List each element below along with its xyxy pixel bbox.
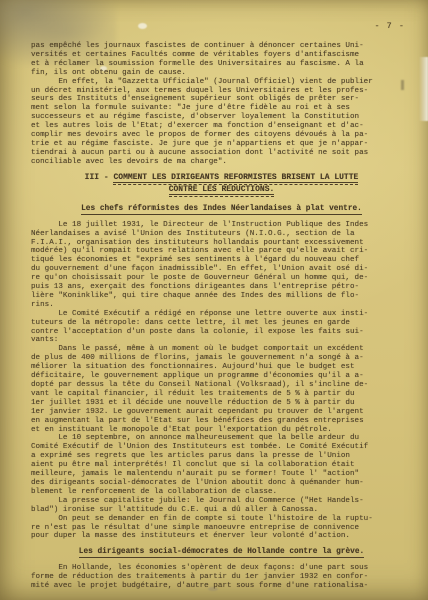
subsection-title-indes: Les chefs réformistes des Indes Néerland…: [81, 205, 362, 215]
page-number: - 7 -: [374, 21, 405, 31]
document-body: pas empêché les journaux fascistes de co…: [31, 42, 412, 591]
subsection-heading-indes: Les chefs réformistes des Indes Néerland…: [31, 203, 412, 215]
section-title-part1: COMMENT LES DIRIGEANTS REFORMISTES BRISE…: [113, 173, 358, 184]
paragraph-hollande: En Hollande, les économies s'opèrent de …: [31, 564, 412, 591]
paragraph-budget: Dans le passé, même à un moment où le bu…: [31, 345, 412, 434]
subsection-title-hollande: Les dirigeants social-démocrates de Holl…: [79, 548, 364, 558]
paragraph-decree-oath: En effet, la "Gazzetta Ufficiale" (Journ…: [31, 78, 412, 167]
section-number: III -: [85, 173, 114, 182]
paragraph-septembre: Le 10 septembre, on annonce malheureusem…: [31, 434, 412, 496]
paragraph-continuation: pas empêché les journaux fascistes de co…: [31, 42, 412, 78]
paragraph-presse: La presse capitaliste jubile: le Journal…: [31, 497, 412, 515]
scan-edge-highlight: [419, 57, 428, 121]
subsection-heading-hollande: Les dirigeants social-démocrates de Holl…: [31, 546, 412, 558]
paragraph-indes: Le 18 juillet 1931, le Directeur de l'In…: [31, 221, 412, 310]
section-title-part2: CONTRE LES REDUCTIONS.: [169, 185, 275, 196]
paragraph-rupture: On peut se demander en fin de compte si …: [31, 515, 412, 542]
paper-speck: [138, 23, 147, 29]
section-heading-line2: CONTRE LES REDUCTIONS.: [31, 184, 412, 196]
scanned-document-page: - 7 - pas empêché les journaux fascistes…: [0, 0, 428, 600]
paragraph-comite: Le Comité Exécutif a rédigé en réponse u…: [31, 310, 412, 346]
section-heading-line1: III - COMMENT LES DIRIGEANTS REFORMISTES…: [31, 172, 412, 184]
section-heading: III - COMMENT LES DIRIGEANTS REFORMISTES…: [31, 172, 412, 196]
